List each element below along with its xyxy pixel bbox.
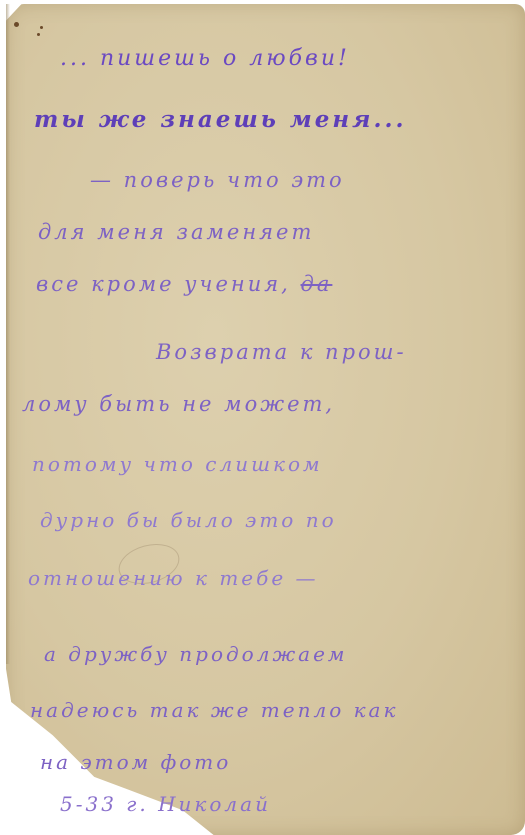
text-line-9: дурно бы было это по [40, 508, 337, 532]
ink-spot [37, 33, 40, 36]
signature: 5-33 г. Николай [60, 792, 271, 816]
text-line-7: лому быть не может, [22, 392, 335, 416]
text-line-5: все кроме учения, да [36, 272, 332, 296]
paper-edge-shadow [6, 4, 10, 664]
struck-word: да [301, 272, 333, 296]
text-line-6: Возврата к прош- [156, 340, 407, 364]
text-line-2: ты же знаешь меня... [34, 106, 407, 133]
ink-spot [40, 26, 43, 29]
text-line-8: потому что слишком [32, 452, 323, 476]
text-line-13: на этом фото [40, 750, 231, 774]
text-line-5-main: все кроме учения, [36, 272, 291, 296]
text-line-1: ... пишешь о любви! [60, 46, 350, 71]
ink-spot [14, 22, 19, 27]
text-line-3: — поверь что это [90, 168, 345, 192]
text-line-12: надеюсь так же тепло как [30, 698, 398, 722]
text-line-11: а дружбу продолжаем [44, 642, 348, 666]
text-line-10: отношению к тебе — [28, 566, 319, 590]
text-line-4: для меня заменяет [38, 220, 314, 244]
